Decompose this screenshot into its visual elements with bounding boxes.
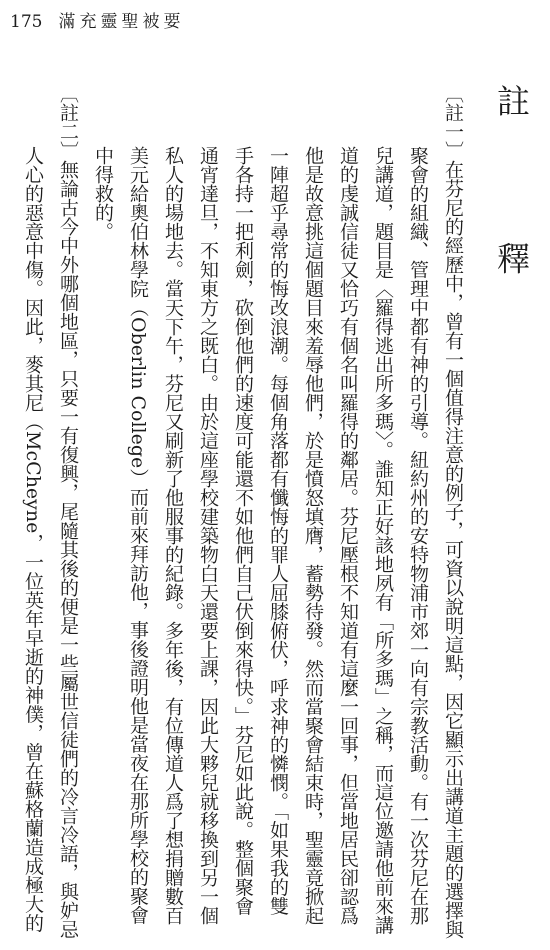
note1-column-4: 道的虔誠信徒又恰巧有個名叫羅得的鄰居。芬尼壓根不知道有這麼一回事，但當地居民卻認… <box>330 84 365 950</box>
note1-column-11: 中得救的。 <box>85 84 120 950</box>
page-number: 175 <box>10 12 42 32</box>
page-body: 註 釋 〔註一〕在芬尼的經歷中，曾有一個值得注意的例子，可資以說明這點，因它顯示… <box>15 84 534 950</box>
section-title: 註 釋 <box>488 84 534 950</box>
note2-column-2: 人心的惡意中傷。因此，麥其尼（McCheyne，一位英年早逝的神僕，曾在蘇格蘭造… <box>15 84 50 950</box>
note1-column-3: 兒講道，題目是〈羅得逃出所多瑪〉。誰知正好該地夙有「所多瑪」之稱，而這位邀請他前… <box>365 84 400 950</box>
page-header: 175 滿充靈聖被要 <box>10 7 184 32</box>
note1-column-6: 一陣超乎尋常的悔改浪潮。每個角落都有懺悔的罪人屈膝俯伏，呼求神的憐憫。「如果我的… <box>260 84 295 950</box>
note1-column-5: 他是故意挑這個題目來羞辱他們，於是憤怒填膺，蓄勢待發。然而當聚會結束時，聖靈竟掀… <box>295 84 330 950</box>
running-title: 滿充靈聖被要 <box>58 7 184 32</box>
note1-column-9: 私人的場地去。當天下午，芬尼又刷新了他服事的紀錄。多年後，有位傳道人爲了想捐贈數… <box>155 84 190 950</box>
note1-column-7: 手各持一把利劍，砍倒他們的速度可能還不如他們自己伏倒來得快。」芬尼如此說。整個聚… <box>225 84 260 950</box>
note1-column-8: 通宵達旦，不知東方之既白。由於這座學校建築物白天還要上課，因此大夥兒就移換到另一… <box>190 84 225 950</box>
note1-column-10: 美元給奧伯林學院（Oberlin College）而前來拜訪他，事後證明他是當夜… <box>120 84 155 950</box>
note1-column-1: 〔註一〕在芬尼的經歷中，曾有一個值得注意的例子，可資以說明這點，因它顯示出講道主… <box>435 84 470 950</box>
book-page: 175 滿充靈聖被要 註 釋 〔註一〕在芬尼的經歷中，曾有一個值得注意的例子，可… <box>0 0 550 950</box>
note2-column-1: 〔註二〕無論古今中外哪個地區，只要一有復興，尾隨其後的便是一些屬世信徒們的冷言冷… <box>50 84 85 950</box>
note1-column-2: 聚會的組織、管理中都有神的引導。紐約州的安特物浦市郊一向有宗教活動。有一次芬尼在… <box>400 84 435 950</box>
